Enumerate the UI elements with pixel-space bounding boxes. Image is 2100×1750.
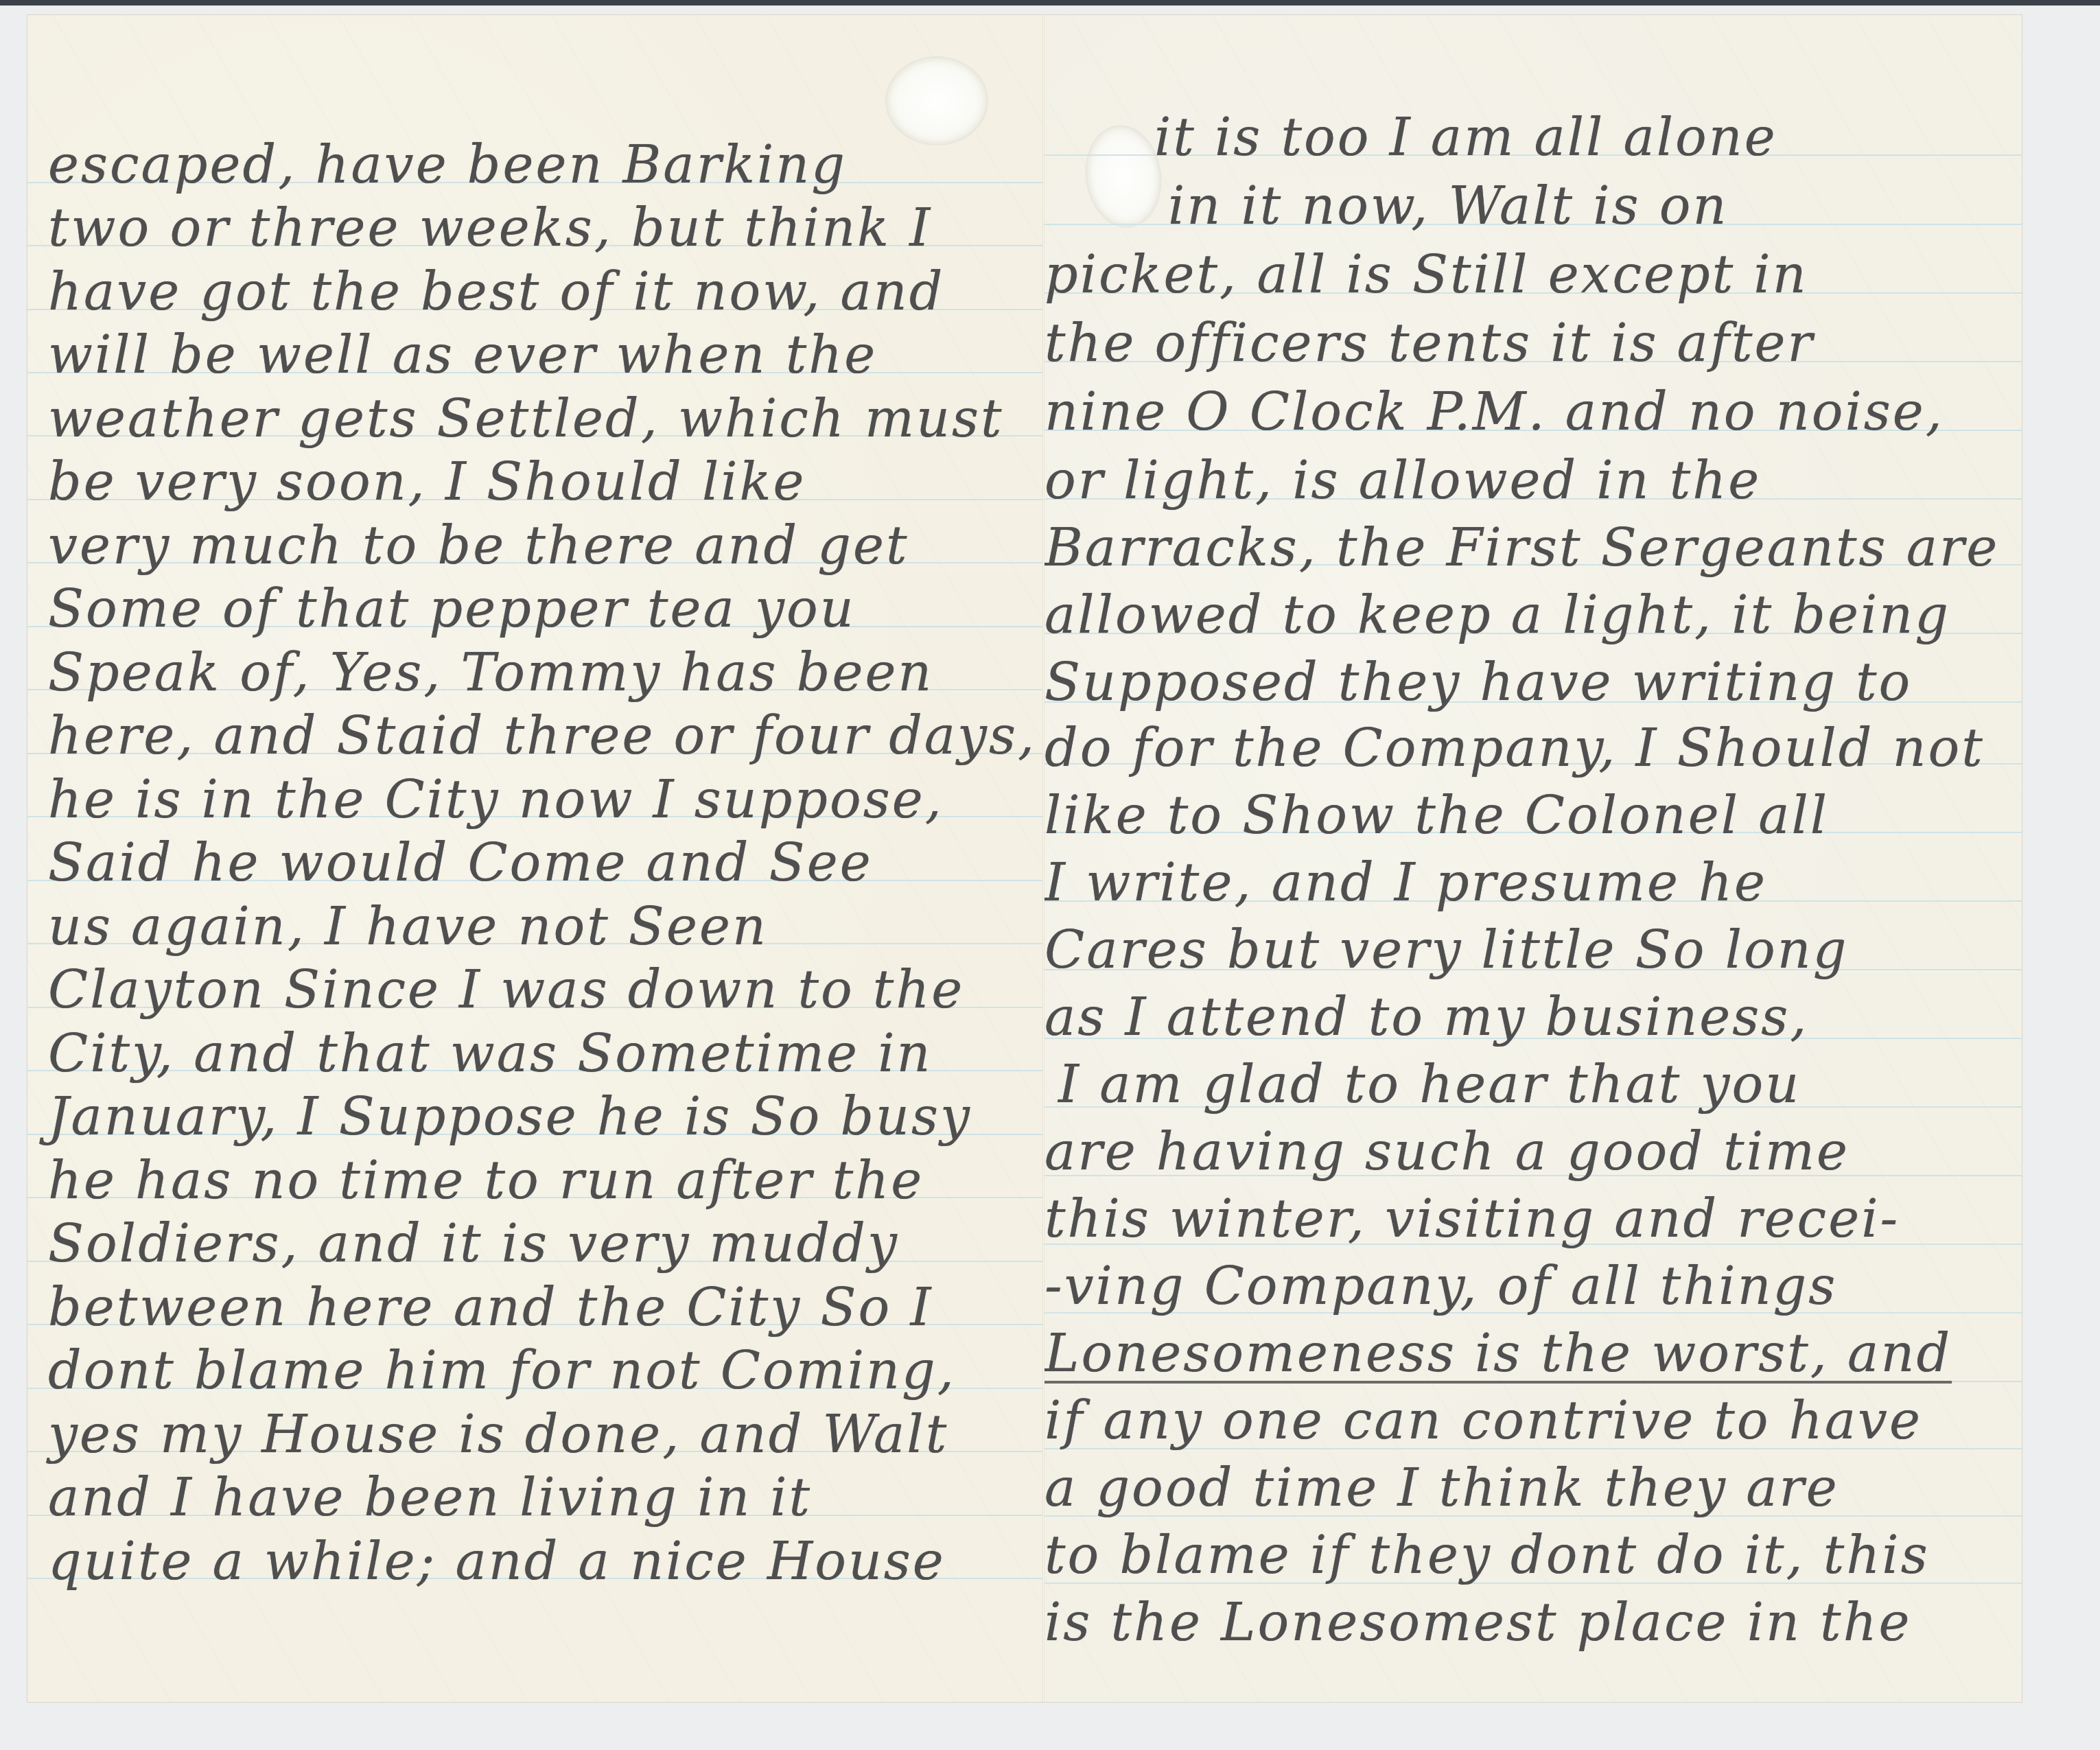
letter-line: a good time I think they are xyxy=(1045,1462,1839,1514)
letter-line: he is in the City now I suppose, xyxy=(48,773,944,826)
letter-line: quite a while; and a nice House xyxy=(48,1535,946,1587)
letter-line: do for the Company, I Should not xyxy=(1045,722,1985,774)
scanner-edge xyxy=(0,0,2100,5)
letter-line: Said he would Come and See xyxy=(48,837,873,889)
letter-line: is the Lonesomest place in the xyxy=(1045,1596,1912,1648)
letter-line: two or three weeks, but think I xyxy=(48,202,932,254)
letter-line: Soldiers, and it is very muddy xyxy=(48,1217,899,1270)
letter-line: be very soon, I Should like xyxy=(48,456,806,508)
letter-line: have got the best of it now, and xyxy=(48,266,944,318)
letter-line: Lonesomeness is the worst, and xyxy=(1045,1327,1952,1379)
embossed-seal-icon xyxy=(885,56,988,145)
letter-line: allowed to keep a light, it being xyxy=(1045,589,1950,641)
letter-line: like to Show the Colonel all xyxy=(1045,789,1829,841)
letter-line: are having such a good time xyxy=(1045,1125,1850,1178)
letter-line: nine O Clock P.M. and no noise, xyxy=(1045,386,1944,438)
letter-line: very much to be there and get xyxy=(48,520,909,572)
letter-line: to blame if they dont do it, this xyxy=(1045,1529,1930,1581)
letter-line: here, and Staid three or four days, xyxy=(48,710,1036,762)
letter-line: Speak of, Yes, Tommy has been xyxy=(48,646,933,699)
letter-line: the officers tents it is after xyxy=(1045,317,1815,369)
letter-line: between here and the City So I xyxy=(48,1281,933,1333)
left-page: escaped, have been Barking two or three … xyxy=(27,15,1042,1702)
letter-line: Supposed they have writing to xyxy=(1045,656,1912,708)
letter-line: City, and that was Sometime in xyxy=(48,1027,932,1080)
letter-line: this winter, visiting and recei- xyxy=(1045,1193,1900,1245)
letter-line: I am glad to hear that you xyxy=(1058,1058,1801,1110)
letter-line: will be well as ever when the xyxy=(48,329,877,381)
letter-line: January, I Suppose he is So busy xyxy=(48,1090,972,1143)
letter-line: Some of that pepper tea you xyxy=(48,583,856,635)
letter-line: in it now, Walt is on xyxy=(1168,180,1728,232)
letter-line: yes my House is done, and Walt xyxy=(48,1408,948,1460)
letter-line: if any one can contrive to have xyxy=(1045,1395,1922,1447)
letter-line: Clayton Since I was down to the xyxy=(48,964,964,1016)
letter-line: I write, and I presume he xyxy=(1045,856,1767,909)
letter-line: or light, is allowed in the xyxy=(1045,454,1761,506)
letter-line: he has no time to run after the xyxy=(48,1154,924,1206)
letter-line: escaped, have been Barking xyxy=(48,139,847,191)
right-page: it is too I am all alone in it now, Walt… xyxy=(1045,15,2022,1702)
letter-line: us again, I have not Seen xyxy=(48,900,768,953)
letter-line: Cares but very little So long xyxy=(1045,924,1848,976)
letter-line: as I attend to my business, xyxy=(1045,991,1808,1043)
letter-line: picket, all is Still except in xyxy=(1045,248,1808,301)
letter-line: weather gets Settled, which must xyxy=(48,393,1004,445)
letter-line: Barracks, the First Sergeants are xyxy=(1045,522,1999,574)
letter-line: -ving Company, of all things xyxy=(1045,1260,1837,1312)
letter-line: and I have been living in it xyxy=(48,1471,812,1524)
letter-line: dont blame him for not Coming, xyxy=(48,1344,956,1397)
letter-line: it is too I am all alone xyxy=(1154,111,1777,163)
letter-sheet: escaped, have been Barking two or three … xyxy=(27,15,2022,1702)
